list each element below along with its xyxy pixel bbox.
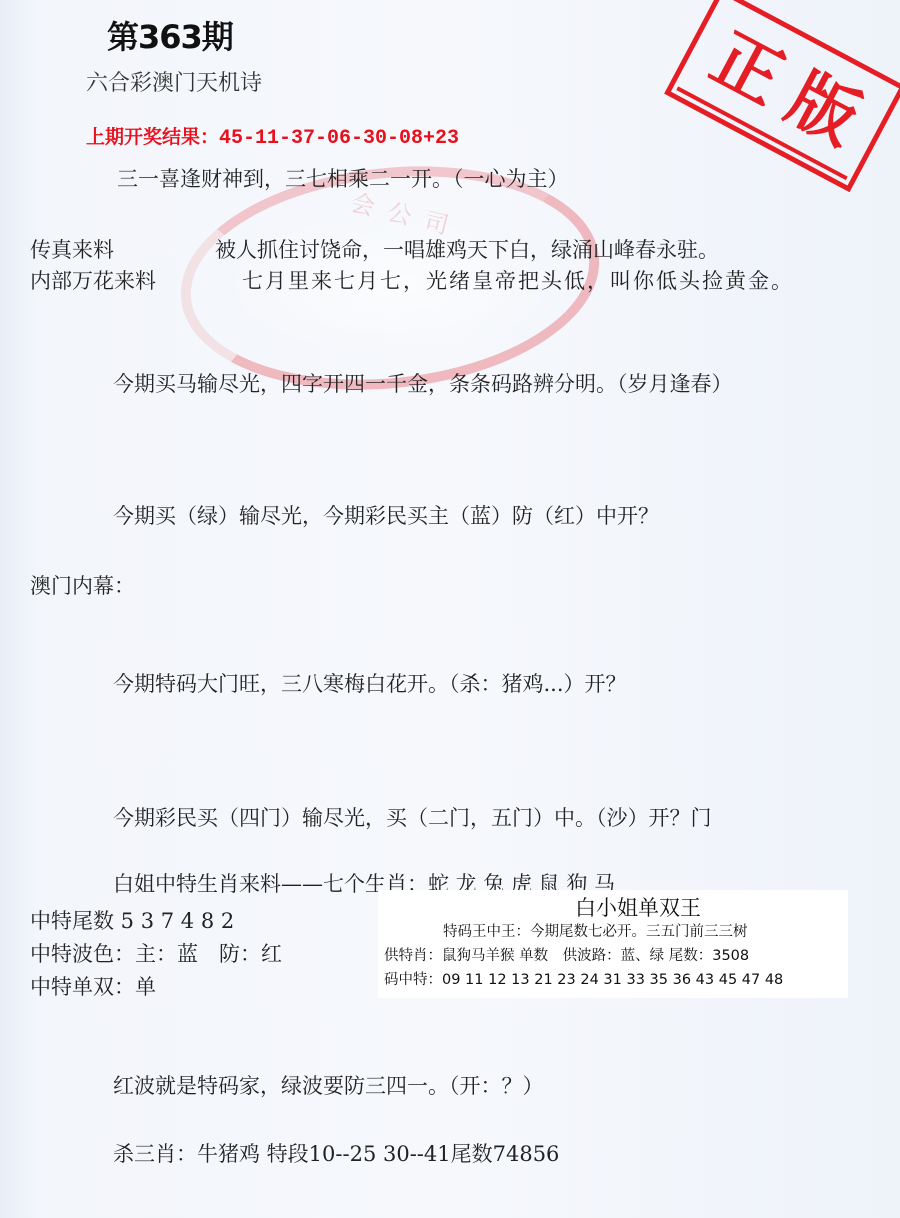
source-text-internal: 七月里来七月七，光绪皇帝把头低，叫你低头捡黄金。 bbox=[242, 265, 794, 295]
paragraph-buy-green: 今期买（绿）输尽光，今期彩民买主（蓝）防（红）中开？ bbox=[113, 500, 659, 530]
last-result-numbers: 45-11-37-06-30-08+23 bbox=[219, 127, 459, 150]
bai-xiaojie-line-1: 特码王中王：今期尾数七必开。三五门前三三树 bbox=[443, 920, 748, 941]
paragraph-buy-horse: 今期买马输尽光，四字开四一千金，条条码路辨分明。（岁月逢春） bbox=[113, 368, 733, 398]
paragraph-special-code: 今期特码大门旺，三八寒梅白花开。（杀：猪鸡...）开？ bbox=[113, 668, 627, 698]
paragraph-four-doors: 今期彩民买（四门）输尽光，买（二门，五门）中。（沙）开？门 bbox=[113, 802, 712, 832]
last-result: 上期开奖结果：45-11-37-06-30-08+23 bbox=[86, 122, 459, 150]
stamp-char-zheng: 正 bbox=[701, 24, 793, 116]
bai-xiaojie-title: 白小姐单双王 bbox=[575, 892, 701, 922]
document-subtitle: 六合彩澳门天机诗 bbox=[86, 66, 262, 97]
paragraph-red-wave: 红波就是特码家，绿波要防三四一。（开：？） bbox=[113, 1070, 544, 1100]
issue-title: 第363期 bbox=[107, 12, 233, 58]
stat-tail-numbers: 中特尾数 5 3 7 4 8 2 bbox=[30, 905, 234, 935]
macau-heading: 澳门内幕： bbox=[30, 570, 135, 600]
paragraph-kill-three: 杀三肖：牛猪鸡 特段10--25 30--41尾数74856 bbox=[113, 1138, 559, 1168]
stamp-char-ban: 版 bbox=[777, 64, 869, 156]
authentic-stamp: 正 版 bbox=[664, 0, 900, 192]
source-label-internal: 内部万花来料 bbox=[30, 265, 156, 295]
poem-line: 三一喜逢财神到，三七相乘二一开。（一心为主） bbox=[117, 163, 569, 193]
stat-odd-even: 中特单双：单 bbox=[30, 971, 156, 1001]
last-result-label: 上期开奖结果： bbox=[86, 126, 219, 148]
bai-xiaojie-line-2: 供特肖：鼠狗马羊猴 单数 供波路：蓝、绿 尾数：3508 bbox=[384, 944, 749, 965]
stat-wave-color: 中特波色：主：蓝 防：红 bbox=[30, 938, 282, 968]
source-text-fax: 被人抓住讨饶命，一唱雄鸡天下白，绿涌山峰春永驻。 bbox=[215, 234, 719, 264]
source-label-fax: 传真来料 bbox=[30, 234, 114, 264]
bai-xiaojie-line-3: 码中特：09 11 12 13 21 23 24 31 33 35 36 43 … bbox=[384, 968, 783, 989]
